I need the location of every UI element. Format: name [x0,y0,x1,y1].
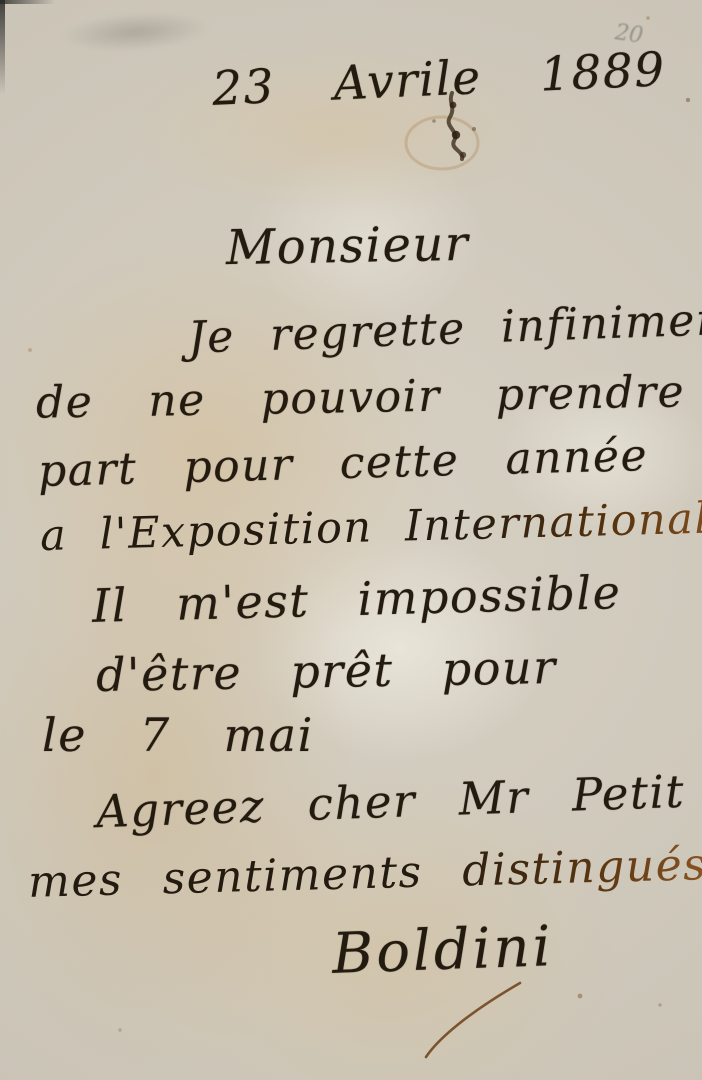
salutation: Monsieur [226,216,470,276]
body-line: part pour cette année [37,430,648,497]
body-line: de ne pouvoir prendre [36,366,686,428]
ink-smudge [390,85,530,195]
body-line: mes sentiments distingués [27,839,702,908]
embossed-stamp [57,7,214,58]
body-line: a l'Exposition Internationale [39,493,702,561]
body-line: Agreez cher Mr Petit [95,765,686,839]
flourish-stroke [408,975,538,1065]
body-line: Il m'est impossible [91,565,622,633]
scan-edge-left [0,0,5,95]
body-line: d'être prêt pour [96,640,557,702]
scan-edge-top [0,0,55,4]
body-line: Je regrette infiniment [187,293,702,363]
body-line: le 7 mai [42,708,314,762]
letter-page: 20 23 Avrile 1889 Monsieur Je regrette i… [0,0,702,1080]
